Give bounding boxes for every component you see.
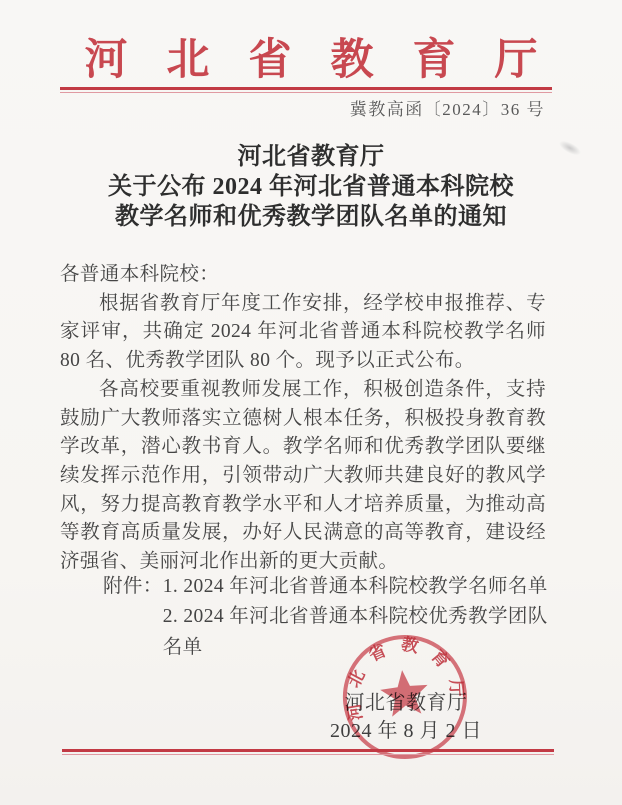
star-icon bbox=[378, 668, 430, 718]
footer-divider bbox=[62, 749, 554, 756]
header-divider-thin-line bbox=[60, 92, 552, 93]
attachment-item-1: 1. 2024 年河北省普通本科院校教学名师名单 bbox=[163, 572, 563, 602]
attachments-label: 附件： bbox=[103, 572, 163, 602]
document-body: 各普通本科院校： 根据省教育厅年度工作安排，经学校申报推荐、专家评审，共确定 2… bbox=[60, 261, 546, 577]
footer-divider-thick-line bbox=[62, 749, 554, 752]
footer-divider-thin-line bbox=[62, 754, 554, 755]
header-divider bbox=[60, 87, 552, 94]
title-line-1: 河北省教育厅 bbox=[0, 142, 622, 172]
paragraph-2: 各高校要重视教师发展工作，积极创造条件，支持鼓励广大教师落实立德树人根本任务，积… bbox=[60, 376, 546, 577]
header-divider-thick-line bbox=[60, 87, 552, 90]
document-title: 河北省教育厅 关于公布 2024 年河北省普通本科院校 教学名师和优秀教学团队名… bbox=[0, 142, 622, 232]
paragraph-1: 根据省教育厅年度工作安排，经学校申报推荐、专家评审，共确定 2024 年河北省普… bbox=[60, 290, 546, 376]
document-page: 河北省教育厅 冀教高函〔2024〕36 号 河北省教育厅 关于公布 2024 年… bbox=[0, 0, 622, 805]
salutation: 各普通本科院校： bbox=[60, 261, 546, 290]
title-line-3: 教学名师和优秀教学团队名单的通知 bbox=[0, 202, 622, 232]
document-number: 冀教高函〔2024〕36 号 bbox=[350, 95, 545, 120]
letterhead-agency: 河北省教育厅 bbox=[0, 26, 622, 87]
title-line-2: 关于公布 2024 年河北省普通本科院校 bbox=[0, 172, 622, 202]
